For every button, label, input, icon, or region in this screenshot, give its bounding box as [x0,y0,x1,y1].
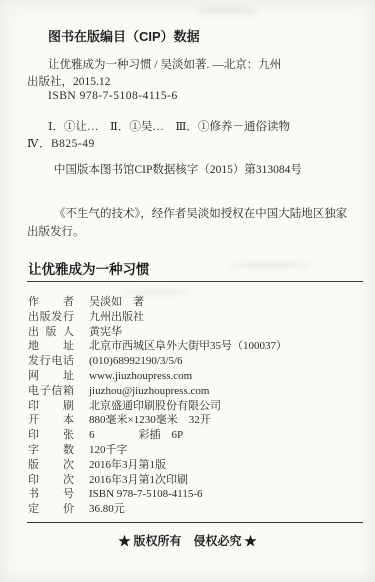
colophon-row-label: 开本 [28,413,74,428]
colophon-row: 网址 www.jiuzhoupress.com [28,369,362,384]
bottom-divider-rule [27,522,363,523]
copyright-notice: ★ 版权所有 侵权必究 ★ [0,532,375,549]
colophon-row-label: 印次 [28,473,74,488]
scan-smudge [195,6,259,15]
colophon-row: 地址 北京市西城区阜外大街甲35号（100037） [28,339,362,354]
colophon-row-value: 2016年3月第1版 [89,458,166,473]
cip-record-number: 中国版本图书馆CIP数据核字（2015）第313084号 [54,161,302,177]
colophon-row: 发行电话 (010)68992190/3/5/6 [28,354,362,369]
colophon-row: 书号 ISBN 978-7-5108-4115-6 [28,487,362,502]
authorization-note-line2: 出版发行。 [27,223,85,239]
colophon-row: 印刷 北京盛通印刷股份有限公司 [28,399,362,414]
cip-description-line1: 让优雅成为一种习惯 / 吴淡如著. —北京：九州 [48,56,281,72]
book-title: 让优雅成为一种习惯 [28,258,150,278]
colophon-row-label: 版次 [28,458,74,473]
colophon-row-value: 2016年3月第1次印刷 [89,473,188,488]
colophon-row-label: 字数 [28,443,74,458]
colophon-row-value: (010)68992190/3/5/6 [89,354,183,369]
colophon-row: 出版发行 九州出版社 [28,310,362,325]
colophon-row-label: 发行电话 [28,354,74,369]
colophon-row-label: 出版发行 [28,310,74,325]
cip-heading: 图书在版编目（CIP）数据 [48,26,200,45]
cip-description-line2: 出版社，2015.12 [27,73,110,89]
authorization-note-line1: 《不生气的技术》，经作者吴淡如授权在中国大陆地区独家 [54,205,347,221]
colophon-row-value: 880毫米×1230毫米 32开 [89,413,211,428]
colophon-row-value: 120千字 [89,443,128,458]
colophon-row-value: 北京市西城区阜外大街甲35号（100037） [89,339,287,354]
colophon-row-label: 书号 [28,487,74,502]
colophon-row-value: 6 彩插 6P [89,428,183,443]
colophon-row: 电子信箱 jiuzhou@jiuzhoupress.com [28,384,362,399]
colophon-row-label: 电子信箱 [28,384,74,399]
colophon-row-value: ISBN 978-7-5108-4115-6 [89,487,203,502]
colophon-row-label: 出版人 [28,325,74,340]
colophon-row: 字数 120千字 [28,443,362,458]
colophon-table: 作者 吴淡如 著 出版发行 九州出版社 出版人 黄宪华 地址 北京市西城区阜外大… [28,295,362,517]
colophon-row: 开本 880毫米×1230毫米 32开 [28,413,362,428]
cip-classification-line2: Ⅳ．B825-49 [27,135,95,151]
colophon-row: 作者 吴淡如 著 [28,295,362,310]
isbn-line: ISBN 978-7-5108-4115-6 [48,90,178,102]
colophon-row: 版次 2016年3月第1版 [28,458,362,473]
title-divider-rule [27,281,363,282]
colophon-row-label: 地址 [28,339,74,354]
colophon-row-value: jiuzhou@jiuzhoupress.com [89,384,209,399]
colophon-row-label: 作者 [28,295,74,310]
colophon-row: 出版人 黄宪华 [28,325,362,340]
cip-classification-line1: Ⅰ．①让… Ⅱ．①吴… Ⅲ．①修养－通俗读物 [48,118,290,134]
colophon-row-value: www.jiuzhoupress.com [89,369,192,384]
colophon-row: 定价 36.80元 [28,502,362,517]
colophon-row-label: 印刷 [28,399,74,414]
colophon-row-label: 网址 [28,369,74,384]
colophon-row-label: 印张 [28,428,74,443]
colophon-row-value: 36.80元 [89,502,125,517]
colophon-row-label: 定价 [28,502,74,517]
colophon-row: 印次 2016年3月第1次印刷 [28,473,362,488]
colophon-row-value: 黄宪华 [89,325,122,340]
book-copyright-page: 图书在版编目（CIP）数据 让优雅成为一种习惯 / 吴淡如著. —北京：九州 出… [0,0,375,582]
colophon-row-value: 北京盛通印刷股份有限公司 [89,399,221,414]
colophon-row-value: 九州出版社 [89,310,144,325]
colophon-row: 印张 6 彩插 6P [28,428,362,443]
scan-smudge [228,262,312,269]
colophon-row-value: 吴淡如 著 [89,295,144,310]
